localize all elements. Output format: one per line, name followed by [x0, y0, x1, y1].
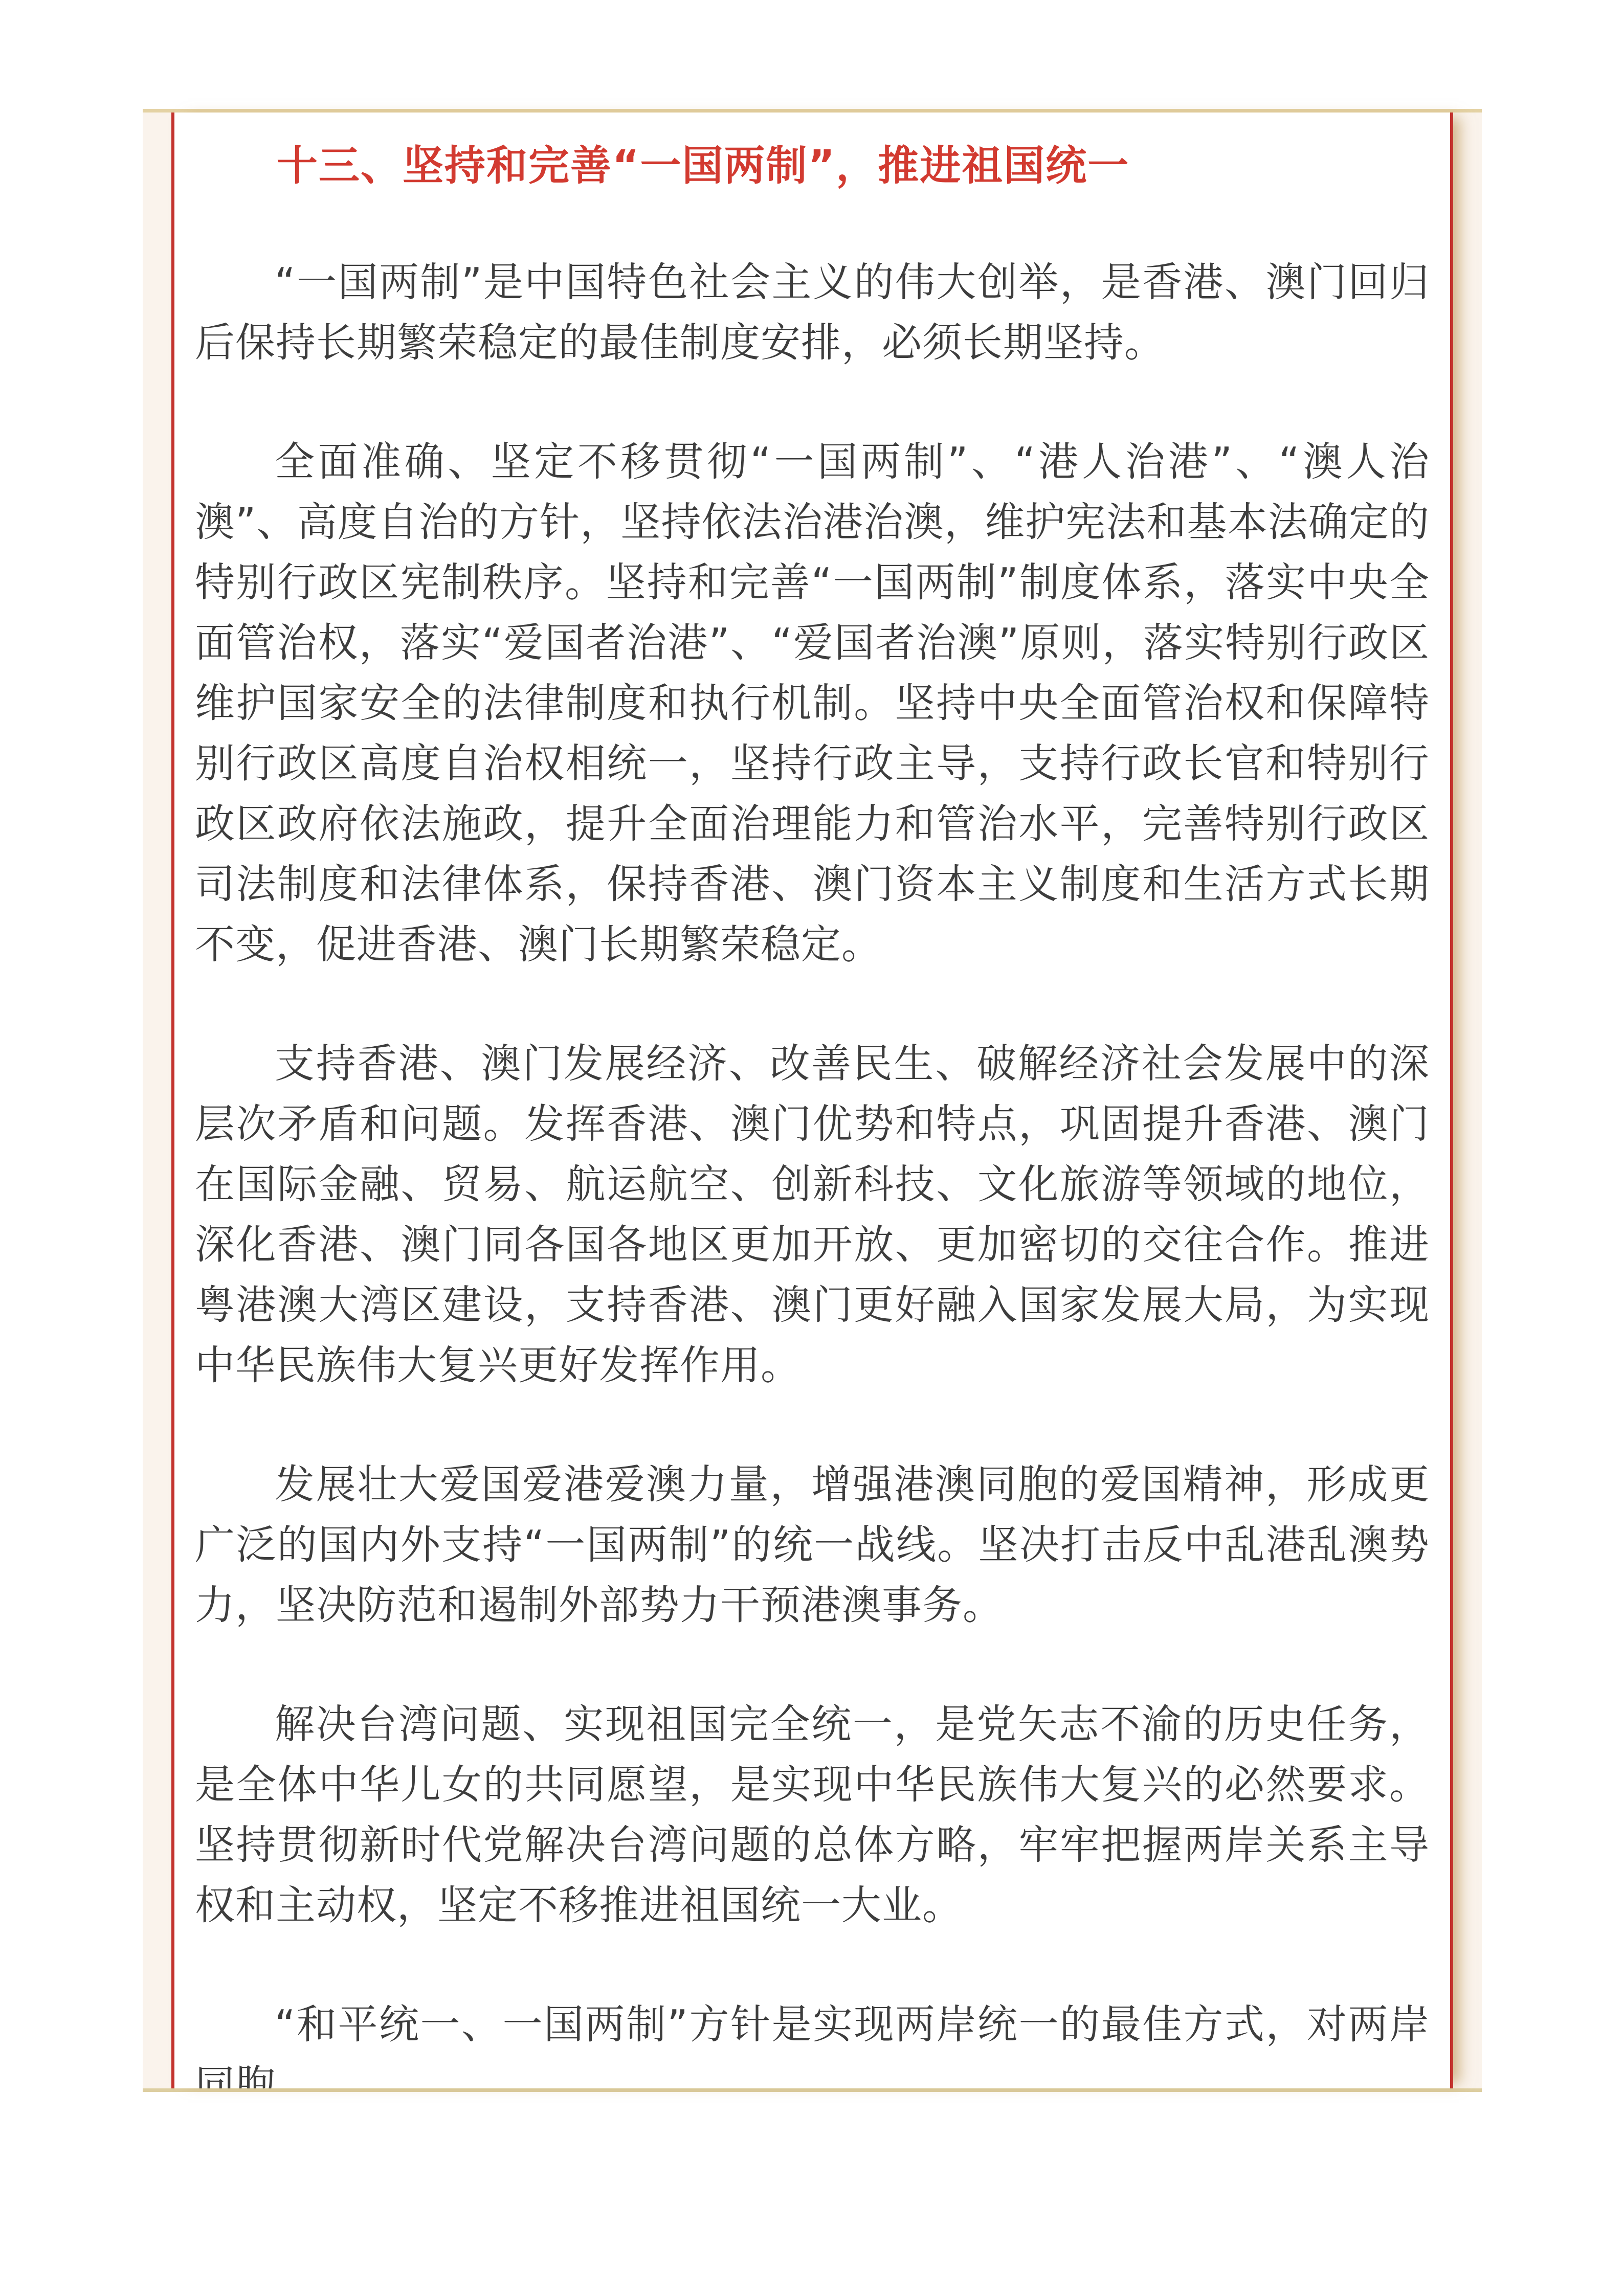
paragraph-4: 发展壮大爱国爱港爱澳力量，增强港澳同胞的爱国精神，形成更广泛的国内外支持“一国两…: [195, 1455, 1430, 1636]
paragraph-1: “一国两制”是中国特色社会主义的伟大创举，是香港、澳门回归后保持长期繁荣稳定的最…: [195, 253, 1430, 373]
paragraph-6: “和平统一、一国两制”方针是实现两岸统一的最佳方式，对两岸同胞: [195, 1995, 1430, 2088]
paragraph-2: 全面准确、坚定不移贯彻“一国两制”、“港人治港”、“澳人治澳”、高度自治的方针，…: [195, 432, 1430, 975]
article-page: 十三、坚持和完善“一国两制”，推进祖国统一 “一国两制”是中国特色社会主义的伟大…: [0, 0, 1624, 2296]
card-gutter-band: 十三、坚持和完善“一国两制”，推进祖国统一 “一国两制”是中国特色社会主义的伟大…: [143, 109, 1482, 2092]
paragraph-5: 解决台湾问题、实现祖国完全统一，是党矢志不渝的历史任务，是全体中华儿女的共同愿望…: [195, 1695, 1430, 1936]
section-title: 十三、坚持和完善“一国两制”，推进祖国统一: [195, 139, 1430, 192]
paragraph-3: 支持香港、澳门发展经济、改善民生、破解经济社会发展中的深层次矛盾和问题。发挥香港…: [195, 1034, 1430, 1396]
article-card: 十三、坚持和完善“一国两制”，推进祖国统一 “一国两制”是中国特色社会主义的伟大…: [171, 112, 1453, 2088]
